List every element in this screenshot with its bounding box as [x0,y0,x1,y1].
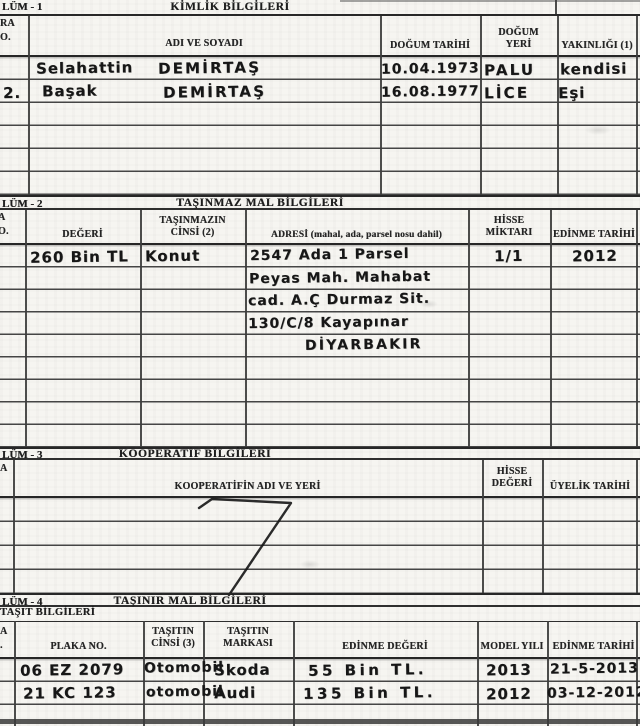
section1-rows [0,57,640,195]
col-vehicle-type-line2: CİNSİ (3) [143,638,203,650]
col-vehicle-brand-line1: TAŞITIN [203,626,293,638]
hw-share-amount: 1/1 [494,247,524,265]
hw-property-value: 260 Bin TL [30,247,129,266]
col-share-amount: HİSSE MİKTARI [468,215,550,239]
vehicle-grid-line [293,621,295,726]
col-property-type-line2: CİNSİ (2) [140,227,245,239]
hw-address-line-1: 2547 Ada 1 Parsel [250,246,410,264]
col-relation: YAKINLIĞI (1) [557,40,637,51]
scanned-declaration-form: LÜM - 1 KİMLİK BİLGİLERİ RA O. ADI VE SO… [0,0,640,726]
hw-birth-date-2: 16.08.1977 [381,83,480,100]
section1-grid-line [380,16,382,195]
col-property-type-line1: TAŞINMAZIN [140,215,245,227]
section3-header-row: A KOOPERATİFİN ADI VE YERİ HİSSE DEĞERİ … [0,460,640,498]
section2-bolum-label: LÜM - 2 [2,198,42,210]
section4-title: TAŞINIR MAL BİLGİLERİ [90,595,290,607]
hw-birth-place-2: LİCE [484,84,529,103]
hw-vehicle-acq-date-2: 03-12-2012 [547,684,640,701]
col-acquisition-date: EDİNME TARİHİ [550,229,638,240]
col-model-year: MODEL YILI [477,641,547,652]
section2-title: TAŞINMAZ MAL BİLGİLERİ [150,197,370,209]
hw-relation-2: Eşi [558,84,586,102]
vehicle-subheader: TAŞIT BİLGİLERİ [0,607,95,618]
hw-last-name-1: DEMİRTAŞ [158,58,261,77]
hw-plate-2: 21 KC 123 [23,683,117,702]
section3-grid-line [636,460,638,594]
vehicle-grid-line [477,621,479,726]
vehicle-grid-line [547,621,549,726]
hw-vehicle-type-1: Otomobil [144,659,224,676]
col-share-value-line1: HİSSE [482,466,542,478]
scan-bottom-edge [0,719,640,724]
col-sira-line2: . [0,640,12,651]
section1-grid-line [28,16,30,195]
col-share-line2: MİKTARI [468,227,550,239]
col-vehicle-brand: TAŞITIN MARKASI [203,626,293,650]
section3-rows [0,498,640,594]
section3-title: KOOPERATİF BİLGİLERİ [95,448,295,460]
col-share-value: HİSSE DEĞERİ [482,466,542,490]
col-plate: PLAKA NO. [14,641,143,652]
section2-grid-line [140,210,142,447]
section3-title-bar: LÜM - 3 KOOPERATİF BİLGİLERİ [0,447,640,460]
section1-bolum-label: LÜM - 1 [2,1,42,13]
section2-grid-line [550,210,552,447]
hw-vehicle-brand-1: Skoda [214,661,271,680]
col-birth-place-line2: YERİ [482,39,555,51]
col-birth-place-line1: DOĞUM [482,27,555,39]
col-acquisition-value: EDİNME DEĞERİ [293,641,477,652]
hw-model-year-1: 2013 [486,661,532,680]
hw-plate-1: 06 EZ 2079 [20,660,124,679]
section2-grid-line [25,210,27,447]
col-share-line1: HİSSE [468,215,550,227]
section3-grid-line [482,460,484,594]
section1-title: KİMLİK BİLGİLERİ [130,1,330,13]
hw-birth-date-1: 10.04.1973 [381,60,480,77]
col-address: ADRESİ (mahal, ada, parsel nosu dahil) [245,230,468,240]
col-sira-line1: A [0,212,18,223]
col-value: DEĞERİ [25,229,140,240]
hw-birth-place-1: PALU [484,61,535,80]
section1-title-bar: LÜM - 1 KİMLİK BİLGİLERİ [0,0,640,16]
section1-grid-line [636,16,638,195]
hw-row-no-2: 2. [3,84,21,102]
vehicle-header-row: A . PLAKA NO. TAŞITIN CİNSİ (3) TAŞITIN … [0,621,640,659]
form-sheet: LÜM - 1 KİMLİK BİLGİLERİ RA O. ADI VE SO… [0,0,640,726]
col-birth-place: DOĞUM YERİ [482,27,555,51]
section3-grid-line [542,460,544,594]
section2-grid-line [468,210,470,447]
section2-grid-line [245,210,247,447]
vehicle-subheader-bar: TAŞIT BİLGİLERİ [0,607,640,621]
col-coop-name: KOOPERATİFİN ADI VE YERİ [13,481,482,492]
section2-header-row: A O. DEĞERİ TAŞINMAZIN CİNSİ (2) ADRESİ … [0,210,640,245]
vehicle-grid-line [14,621,16,726]
col-vehicle-brand-line2: MARKASI [203,638,293,650]
section4-title-bar: LÜM - 4 TAŞINIR MAL BİLGİLERİ [0,593,640,607]
section2-title-bar: LÜM - 2 TAŞINMAZ MAL BİLGİLERİ [0,195,640,210]
col-vehicle-type-line1: TAŞITIN [143,626,203,638]
col-birth-date: DOĞUM TARİHİ [382,40,478,51]
col-share-value-line2: DEĞERİ [482,478,542,490]
col-sira-line1: A [0,626,12,637]
hw-vehicle-type-2: otomobil [146,683,224,700]
hw-vehicle-brand-2: Audi [214,684,256,703]
hw-address-line-5: DİYARBAKIR [305,336,423,354]
hw-vehicle-acq-date-1: 21-5-2013 [550,660,639,677]
col-sira-line2: O. [0,32,24,43]
hw-address-line-2: Peyas Mah. Mahabat [249,269,431,288]
col-name: ADI VE SOYADI [28,38,380,49]
col-membership-date: ÜYELİK TARİHİ [542,481,638,492]
hw-model-year-2: 2012 [486,685,532,704]
hw-vehicle-value-2: 135 Bin TL. [303,683,436,703]
hw-address-line-3: cad. A.Ç Durmaz Sit. [248,291,430,310]
section3-grid-line [13,460,15,594]
col-sira-line1: RA [0,18,24,29]
hw-relation-1: kendisi [560,60,628,79]
hw-property-type: Konut [145,247,200,266]
col-sira-line2: O. [0,226,18,237]
section1-grid-line [557,16,559,195]
hw-first-name-1: Selahattin [36,58,133,77]
hw-last-name-2: DEMİRTAŞ [163,82,266,101]
col-sira-line1: A [0,463,12,474]
hw-acquisition-date: 2012 [572,247,618,266]
section2-grid-line [636,210,638,447]
section1-grid-line [480,16,482,195]
col-property-type: TAŞINMAZIN CİNSİ (2) [140,215,245,239]
hw-address-line-4: 130/C/8 Kayapınar [248,314,409,332]
hw-first-name-2: Başak [42,82,98,101]
section1-header-row: RA O. ADI VE SOYADI DOĞUM TARİHİ DOĞUM Y… [0,16,640,57]
col-vehicle-type: TAŞITIN CİNSİ (3) [143,626,203,650]
hw-vehicle-value-1: 55 Bin TL. [308,660,427,680]
col-acquisition-date: EDİNME TARİHİ [547,641,640,652]
